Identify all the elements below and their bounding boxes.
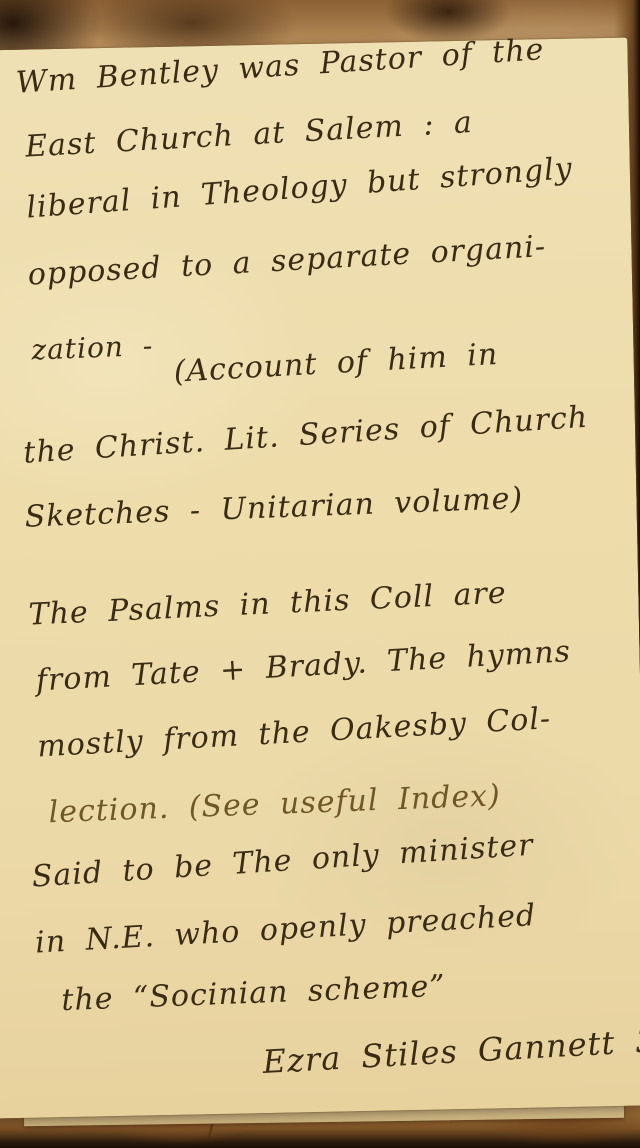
manuscript-line: Sketches - Unitarian volume) xyxy=(24,481,524,535)
manuscript-line: East Church at Salem : a xyxy=(24,105,473,165)
manuscript-line: lection. (See useful Index) xyxy=(48,778,501,830)
manuscript-line: from Tate + Brady. The hymns xyxy=(35,634,572,698)
manuscript-line: mostly from the Oakesby Col- xyxy=(36,701,552,764)
signature-line: Ezra Stiles Gannett 39 xyxy=(262,1020,640,1081)
manuscript-line: the Christ. Lit. Series of Church xyxy=(22,400,589,471)
manuscript-line: liberal in Theology but strongly xyxy=(25,151,574,226)
manuscript-line: opposed to a separate organi- xyxy=(27,229,547,292)
manuscript-note: Wm Bentley was Pastor of the East Church… xyxy=(0,38,640,1119)
manuscript-line: The Psalms in this Coll are xyxy=(28,576,507,633)
manuscript-line: Said to be The only minister xyxy=(31,828,535,895)
manuscript-line: zation - xyxy=(31,329,154,367)
book-page-photo: Wm Bentley was Pastor of the East Church… xyxy=(0,0,640,1148)
manuscript-line: (Account of him in xyxy=(173,337,499,390)
manuscript-line: in N.E. who openly preached xyxy=(34,898,537,961)
manuscript-line: the “Socinian scheme” xyxy=(61,969,447,1018)
